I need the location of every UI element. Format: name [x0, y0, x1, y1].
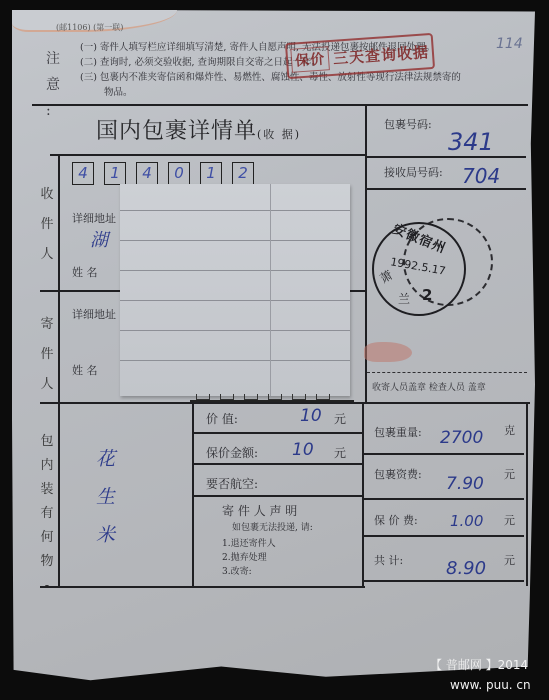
total-value[interactable]: 8.90	[446, 558, 486, 579]
divider	[362, 402, 364, 586]
red-seal-smudge	[364, 342, 412, 362]
insurance-fee-value[interactable]: 1.00	[450, 512, 483, 530]
postage-value[interactable]: 7.90	[446, 474, 484, 494]
divider	[40, 402, 530, 404]
notice-label: 注 意 :	[46, 46, 62, 124]
recipient-name-label: 姓 名	[72, 264, 98, 280]
sender-address-label: 详细地址	[72, 306, 116, 322]
insurance-fee-unit: 元	[504, 512, 515, 528]
weight-label: 包裹重量:	[374, 424, 422, 440]
postcode-digit[interactable]: 4	[72, 162, 94, 185]
watermark-site: 【 普邮网 】2014	[430, 656, 528, 673]
postage-unit: 元	[504, 466, 515, 482]
value-amount[interactable]: 10	[300, 406, 322, 426]
decorative-border	[190, 394, 354, 402]
recipient-address-label: 详细地址	[72, 210, 116, 226]
postmark: 安徽宿州 1992.5.17 萧 兰 2	[372, 222, 466, 316]
postcode-digit[interactable]: 4	[136, 162, 158, 185]
divider	[194, 432, 362, 434]
declaration-title: 寄 件 人 声 明	[222, 502, 297, 519]
contents-section-label: 包 内 装 有 何 物 -	[40, 430, 54, 598]
recipient-section-label: 收 件 人	[40, 180, 54, 270]
divider	[40, 586, 365, 588]
postcode-digit[interactable]: 0	[168, 162, 190, 185]
total-unit: 元	[504, 552, 515, 568]
weight-unit: 克	[504, 422, 515, 438]
corner-handwriting: 114	[496, 36, 523, 52]
divider	[32, 104, 528, 106]
dotted-divider	[367, 372, 527, 373]
insured-amount[interactable]: 10	[292, 440, 314, 460]
insured-label: 保价金额:	[206, 444, 258, 461]
parcel-number-value: 341	[448, 128, 494, 156]
airmail-label: 要否航空:	[206, 475, 258, 492]
pasted-paper-slip	[120, 184, 350, 396]
divider	[364, 535, 524, 537]
divider	[364, 453, 524, 455]
form-code: (邮1106) (第一联)	[56, 22, 123, 33]
divider	[364, 580, 524, 582]
insurance-fee-label: 保 价 费:	[374, 512, 418, 528]
divider	[366, 188, 526, 190]
sender-name-label: 姓 名	[72, 362, 98, 378]
value-label: 价 值:	[206, 410, 238, 427]
postcode-digit[interactable]: 1	[104, 162, 126, 185]
divider	[192, 402, 194, 586]
divider	[364, 498, 524, 500]
declaration-intro: 如包裹无法投递, 请:	[232, 520, 313, 533]
divider	[526, 402, 528, 586]
divider	[366, 156, 526, 158]
contents-value[interactable]: 花生米	[96, 440, 118, 554]
divider	[194, 463, 362, 465]
postage-label: 包裹资费:	[374, 466, 422, 482]
postcode-digit[interactable]: 2	[232, 162, 254, 185]
insured-unit: 元	[334, 444, 346, 461]
total-label: 共 计:	[374, 552, 403, 568]
divider	[194, 495, 362, 497]
receiving-office-value: 704	[462, 164, 500, 188]
staff-seal-label: 收寄人员盖章 检查人员 盖章	[372, 380, 486, 393]
divider	[50, 154, 366, 156]
parcel-number-label: 包裹号码:	[384, 116, 432, 132]
weight-value[interactable]: 2700	[440, 428, 483, 448]
declaration-option[interactable]: 1.退还寄件人	[222, 536, 276, 549]
postcode-digit[interactable]: 1	[200, 162, 222, 185]
declaration-option[interactable]: 3.改寄:	[222, 564, 252, 577]
watermark-url: www. puu. cn	[450, 678, 531, 692]
form-title: 国内包裹详情单(收 据)	[96, 114, 301, 145]
sender-section-label: 寄 件 人	[40, 310, 54, 400]
recipient-address-value[interactable]: 湖	[90, 226, 108, 252]
declaration-option[interactable]: 2.抛弃处理	[222, 550, 267, 563]
value-unit: 元	[334, 410, 346, 427]
receiving-office-label: 接收局号码:	[384, 164, 443, 180]
divider	[58, 154, 60, 586]
